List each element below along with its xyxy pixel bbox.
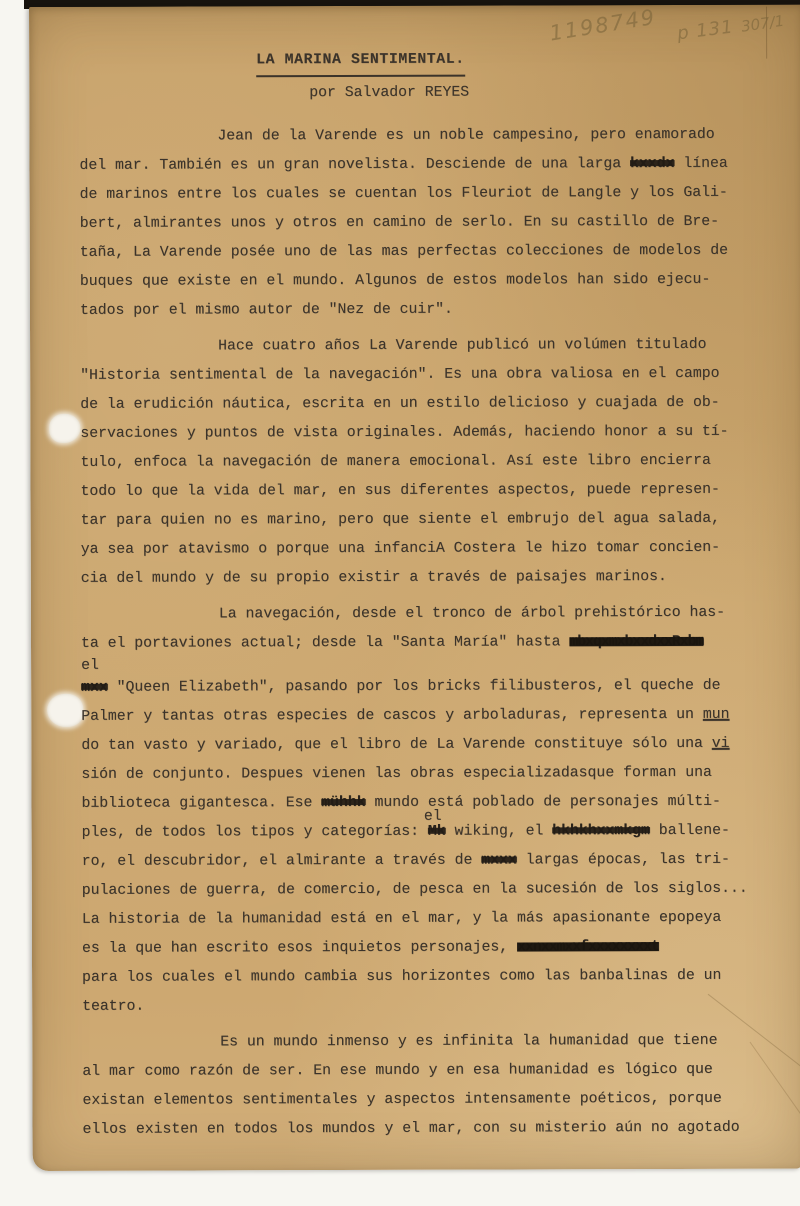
typed-line: buques que existe en el mundo. Algunos d… bbox=[80, 266, 748, 297]
typed-line: tar para quien no es marino, pero que si… bbox=[81, 505, 749, 536]
typed-text: tulo, enfoca la navegación de manera emo… bbox=[80, 453, 711, 471]
underlined-text: vi bbox=[712, 736, 730, 752]
typed-text: ro, el descubridor, el almirante a travé… bbox=[82, 853, 482, 870]
typed-line: ro, el descubridor, el almirante a travé… bbox=[82, 846, 750, 877]
typed-text: La navegación, desde el tronco de árbol … bbox=[219, 605, 725, 623]
manuscript-paper: 1198749 p 131 307/1 LA MARINA SENTIMENTA… bbox=[29, 5, 800, 1171]
punch-hole bbox=[47, 694, 83, 727]
interlinear-insertion: el bbox=[424, 810, 442, 824]
paragraph: La navegación, desde el tronco de árbol … bbox=[81, 599, 750, 1022]
typed-text: Es un mundo inmenso y es infinita la hum… bbox=[220, 1033, 717, 1051]
paragraph: Es un mundo inmenso y es infinita la hum… bbox=[82, 1027, 750, 1145]
typed-line: biblioteca gigantesca. Ese mühhk mundo e… bbox=[81, 788, 749, 819]
typed-line: cia del mundo y de su propio existir a t… bbox=[81, 563, 749, 594]
typed-content: LA MARINA SENTIMENTAL. por Salvador REYE… bbox=[79, 45, 750, 1145]
typed-text: de marinos entre los cuales se cuentan l… bbox=[80, 185, 728, 203]
pencil-annotation-page-ref: p 131 bbox=[676, 16, 735, 44]
underlined-text: mun bbox=[703, 707, 730, 723]
typed-text: buques que existe en el mundo. Algunos d… bbox=[80, 272, 711, 290]
pencil-annotation-folio: 307/1 bbox=[740, 12, 785, 36]
struck-out-text: mbxqxmxbxxdxxRxbm bbox=[569, 634, 703, 650]
typed-line: La historia de la humanidad está en el m… bbox=[82, 904, 750, 935]
typed-line: mxx "Queen Elizabeth", pasando por los b… bbox=[81, 672, 749, 703]
struck-out-text: hkhkhxxmkgm bbox=[552, 823, 650, 839]
pencil-annotation-ref-number: 1198749 bbox=[548, 5, 658, 46]
typed-line: Jean de la Varende es un noble campesino… bbox=[79, 121, 747, 152]
page-title: LA MARINA SENTIMENTAL. bbox=[256, 46, 465, 78]
typed-text: bert, almirantes unos y otros en camino … bbox=[80, 214, 719, 232]
typed-text: ellos existen en todos los mundos y el m… bbox=[83, 1120, 740, 1138]
typed-text: todo lo que la vida del mar, en sus dife… bbox=[80, 482, 719, 500]
typed-text: Jean de la Varende es un noble campesino… bbox=[217, 127, 714, 145]
typed-text: largas épocas, las tri- bbox=[517, 852, 730, 869]
typed-line: ta el portaviones actual; desde la "Sant… bbox=[81, 628, 749, 659]
typed-line: es la que han escrito esos inquietos per… bbox=[82, 933, 750, 964]
typed-text: el bbox=[81, 658, 99, 674]
paper-crease bbox=[750, 1042, 800, 1149]
typed-line: pulaciones de guerra, de comercio, de pe… bbox=[82, 875, 750, 906]
struck-out-text: Mkel bbox=[428, 824, 446, 840]
typed-line: Hace cuatro años La Varende publicó un v… bbox=[80, 331, 748, 362]
paragraph: Hace cuatro años La Varende publicó un v… bbox=[80, 331, 749, 594]
typed-line: bert, almirantes unos y otros en camino … bbox=[80, 208, 748, 239]
struck-out-text: mxxx bbox=[481, 852, 517, 868]
typed-text: del mar. También es un gran novelista. D… bbox=[79, 156, 630, 174]
typed-line: de la erudición náutica, escrita en un e… bbox=[80, 389, 748, 420]
typed-text: existan elementos sentimentales y aspect… bbox=[82, 1091, 721, 1109]
typed-text: tar para quien no es marino, pero que si… bbox=[81, 511, 720, 529]
typed-text: mundo está poblado de personajes múlti- bbox=[366, 794, 721, 811]
typed-line: al mar como razón de ser. En ese mundo y… bbox=[82, 1056, 750, 1087]
typed-text: wiking, el bbox=[446, 823, 553, 839]
paragraph: Jean de la Varende es un noble campesino… bbox=[79, 121, 748, 326]
byline: por Salvador REYES bbox=[309, 78, 747, 108]
typed-line: para los cuales el mundo cambia sus hori… bbox=[82, 962, 750, 993]
typed-text: cia del mundo y de su propio existir a t… bbox=[81, 569, 667, 587]
punch-hole bbox=[49, 414, 80, 443]
typed-line: Es un mundo inmenso y es infinita la hum… bbox=[82, 1027, 750, 1058]
typed-line: tulo, enfoca la navegación de manera emo… bbox=[80, 447, 748, 478]
typed-text: ples, de todos los tipos y categorías: bbox=[82, 824, 428, 841]
typed-line: de marinos entre los cuales se cuentan l… bbox=[80, 179, 748, 210]
typed-text: al mar como razón de ser. En ese mundo y… bbox=[82, 1062, 713, 1080]
typed-line: "Historia sentimental de la navegación".… bbox=[80, 360, 748, 391]
typed-text: para los cuales el mundo cambia sus hori… bbox=[82, 968, 721, 986]
typed-line: todo lo que la vida del mar, en sus dife… bbox=[80, 476, 748, 507]
struck-out-text: kxxdx bbox=[630, 156, 674, 172]
typed-text: ta el portaviones actual; desde la "Sant… bbox=[81, 634, 569, 652]
typed-line: ya sea por atavismo o porque una infanci… bbox=[81, 534, 749, 565]
title-row: LA MARINA SENTIMENTAL. bbox=[79, 45, 747, 78]
typed-line: ples, de todos los tipos y categorías: M… bbox=[82, 817, 750, 848]
typed-text: de la erudición náutica, escrita en un e… bbox=[80, 395, 719, 413]
typed-text: La historia de la humanidad está en el m… bbox=[82, 910, 721, 928]
typed-line: tados por el mismo autor de "Nez de cuir… bbox=[80, 295, 748, 326]
typed-line: Palmer y tantas otras especies de cascos… bbox=[81, 701, 749, 732]
typed-text: "Queen Elizabeth", pasando por los brick… bbox=[108, 678, 721, 696]
typed-text: teatro. bbox=[82, 999, 144, 1015]
struck-out-text: mxx bbox=[81, 680, 108, 696]
typed-text: biblioteca gigantesca. Ese bbox=[81, 795, 321, 812]
typed-text: taña, La Varende posée uno de las mas pe… bbox=[80, 243, 728, 261]
typed-line: servaciones y puntos de vista originales… bbox=[80, 418, 748, 449]
typed-text: ballene- bbox=[650, 823, 730, 839]
typed-text: do tan vasto y variado, que el libro de … bbox=[81, 736, 712, 754]
typed-text: sión de conjunto. Despues vienen las obr… bbox=[81, 765, 712, 783]
typed-text: es la que han escrito esos inquietos per… bbox=[82, 939, 517, 956]
typed-text: tados por el mismo autor de "Nez de cuir… bbox=[80, 302, 453, 319]
typed-text: ya sea por atavismo o porque una infanci… bbox=[81, 540, 720, 558]
typed-text: "Historia sentimental de la navegación".… bbox=[80, 366, 719, 384]
typed-line: taña, La Varende posée uno de las mas pe… bbox=[80, 237, 748, 268]
typed-line: ellos existen en todos los mundos y el m… bbox=[82, 1114, 750, 1145]
typed-text: línea bbox=[674, 156, 727, 172]
typed-text: Hace cuatro años La Varende publicó un v… bbox=[218, 337, 706, 355]
typed-line: sión de conjunto. Despues vienen las obr… bbox=[81, 759, 749, 790]
typed-line: del mar. También es un gran novelista. D… bbox=[79, 150, 747, 181]
struck-out-text: mühhk bbox=[321, 795, 365, 811]
typed-line: do tan vasto y variado, que el libro de … bbox=[81, 730, 749, 761]
typed-line: teatro. bbox=[82, 991, 750, 1022]
typed-line: La navegación, desde el tronco de árbol … bbox=[81, 599, 749, 630]
typed-line: existan elementos sentimentales y aspect… bbox=[82, 1085, 750, 1116]
struck-out-text: xxnxxmxxfxxxxxxxxt bbox=[517, 939, 659, 955]
typed-text: Palmer y tantas otras especies de cascos… bbox=[81, 707, 703, 725]
typed-text: servaciones y puntos de vista originales… bbox=[80, 424, 728, 442]
typed-text: pulaciones de guerra, de comercio, de pe… bbox=[82, 881, 748, 899]
document-body: Jean de la Varende es un noble campesino… bbox=[79, 121, 750, 1145]
